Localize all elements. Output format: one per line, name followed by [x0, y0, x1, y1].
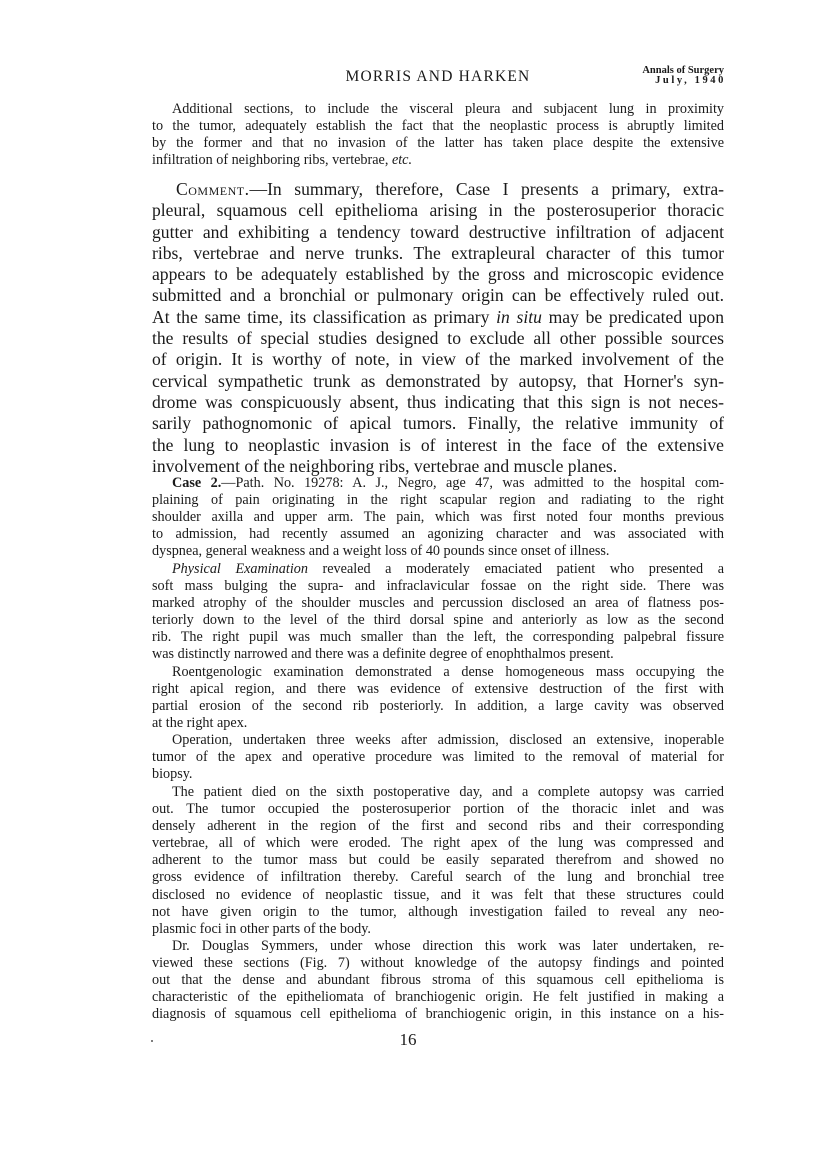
text-line: Physical Examination revealed a moderate…: [152, 561, 724, 578]
journal-page: MORRIS AND HARKEN Annals of Surgery July…: [0, 0, 816, 1171]
text-line: Roentgenologic examination demonstrated …: [152, 664, 724, 681]
text-line: right apical region, and there was evide…: [152, 681, 724, 698]
paragraph-symmers-review: Dr. Douglas Symmers, under whose directi…: [152, 938, 724, 1023]
text-line: appears to be adequately established by …: [152, 264, 724, 285]
text-line: the lung to neoplastic invasion is of in…: [152, 435, 724, 456]
text-line: marked atrophy of the shoulder muscles a…: [152, 595, 724, 612]
paragraph-autopsy: The patient died on the sixth postoperat…: [152, 784, 724, 938]
text-line: pleural, squamous cell epithelioma arisi…: [152, 200, 724, 221]
text-line: at the right apex.: [152, 715, 724, 732]
text-line: At the same time, its classification as …: [152, 307, 724, 328]
text-line: adherent to the tumor mass but could be …: [152, 852, 724, 869]
text-line: not have given origin to the tumor, alth…: [152, 904, 724, 921]
text-line: characteristic of the epitheliomata of b…: [152, 989, 724, 1006]
text-line: Additional sections, to include the visc…: [152, 101, 724, 118]
text-line: diagnosis of squamous cell epithelioma o…: [152, 1006, 724, 1023]
text-line: out that the dense and abundant fibrous …: [152, 972, 724, 989]
paragraph-physical-examination: Physical Examination revealed a moderate…: [152, 561, 724, 664]
text-line: ribs, vertebrae and nerve trunks. The ex…: [152, 243, 724, 264]
text-fragment: may be predicated upon: [542, 307, 724, 327]
text-line: Dr. Douglas Symmers, under whose directi…: [152, 938, 724, 955]
text-line: soft mass bulging the supra- and infracl…: [152, 578, 724, 595]
text-line: dyspnea, general weakness and a weight l…: [152, 543, 724, 560]
text-line: was distinctly narrowed and there was a …: [152, 646, 724, 663]
text-line: The patient died on the sixth postoperat…: [152, 784, 724, 801]
text-line: infiltration of neighboring ribs, verteb…: [152, 152, 724, 169]
text-line: of origin. It is worthy of note, in view…: [152, 349, 724, 370]
journal-citation: Annals of Surgery July, 1940: [642, 66, 724, 86]
text-line: drome was conspicuously absent, thus ind…: [152, 392, 724, 413]
text-line: sarily pathognomonic of apical tumors. F…: [152, 413, 724, 434]
section-lead-italic: Physical Examination: [172, 561, 308, 577]
text-line: tumor of the apex and operative procedur…: [152, 749, 724, 766]
text-line: biopsy.: [152, 766, 724, 783]
journal-date: July, 1940: [642, 76, 726, 86]
text-line: densely adherent in the region of the fi…: [152, 818, 724, 835]
text-fragment: infiltration of neighboring ribs, verteb…: [152, 152, 392, 168]
text-line: vertebrae, all of which were eroded. The…: [152, 835, 724, 852]
text-line: viewed these sections (Fig. 7) without k…: [152, 955, 724, 972]
text-fragment: —Path. No. 19278: A. J., Negro, age 47, …: [221, 475, 724, 491]
paragraph-comment: Comment.—In summary, therefore, Case I p…: [152, 179, 724, 477]
text-line: by the former and that no invasion of th…: [152, 135, 724, 152]
italic-term: in situ: [496, 307, 542, 327]
text-line: involvement of the neighboring ribs, ver…: [152, 456, 724, 477]
text-line: to the tumor, adequately establish the f…: [152, 118, 724, 135]
text-line: gutter and exhibiting a tendency toward …: [152, 222, 724, 243]
text-line: the results of special studies designed …: [152, 328, 724, 349]
paragraph-operation: Operation, undertaken three weeks after …: [152, 732, 724, 783]
text-line: to admission, had recently assumed an ag…: [152, 526, 724, 543]
text-line: teriorly down to the level of the third …: [152, 612, 724, 629]
text-line: partial erosion of the second rib poster…: [152, 698, 724, 715]
text-fragment: —In summary, therefore, Case I presents …: [249, 179, 724, 199]
italic-abbreviation: etc.: [392, 152, 412, 168]
paragraph-case-2: Case 2.—Path. No. 19278: A. J., Negro, a…: [152, 475, 724, 560]
text-line: Case 2.—Path. No. 19278: A. J., Negro, a…: [152, 475, 724, 492]
paragraph-roentgenologic: Roentgenologic examination demonstrated …: [152, 664, 724, 732]
case-heading: Case 2.: [172, 475, 221, 491]
text-line: cervical sympathetic trunk as demonstrat…: [152, 371, 724, 392]
running-head: MORRIS AND HARKEN Annals of Surgery July…: [152, 66, 724, 96]
text-line: Comment.—In summary, therefore, Case I p…: [152, 179, 724, 200]
page-number: 16: [0, 1030, 816, 1050]
text-line: shoulder axilla and upper arm. The pain,…: [152, 509, 724, 526]
text-line: out. The tumor occupied the posterosuper…: [152, 801, 724, 818]
text-line: rib. The right pupil was much smaller th…: [152, 629, 724, 646]
text-line: plaining of pain originating in the righ…: [152, 492, 724, 509]
text-line: plasmic foci in other parts of the body.: [152, 921, 724, 938]
text-line: Operation, undertaken three weeks after …: [152, 732, 724, 749]
comment-lead: Comment.: [176, 179, 249, 199]
text-line: gross evidence of infiltration thereby. …: [152, 869, 724, 886]
text-fragment: At the same time, its classification as …: [152, 307, 496, 327]
text-line: submitted and a bronchial or pulmonary o…: [152, 285, 724, 306]
text-line: disclosed no evidence of neoplastic tiss…: [152, 887, 724, 904]
paragraph-additional-sections: Additional sections, to include the visc…: [152, 101, 724, 169]
text-fragment: revealed a moderately emaciated patient …: [308, 561, 724, 577]
running-title: MORRIS AND HARKEN: [152, 68, 724, 86]
